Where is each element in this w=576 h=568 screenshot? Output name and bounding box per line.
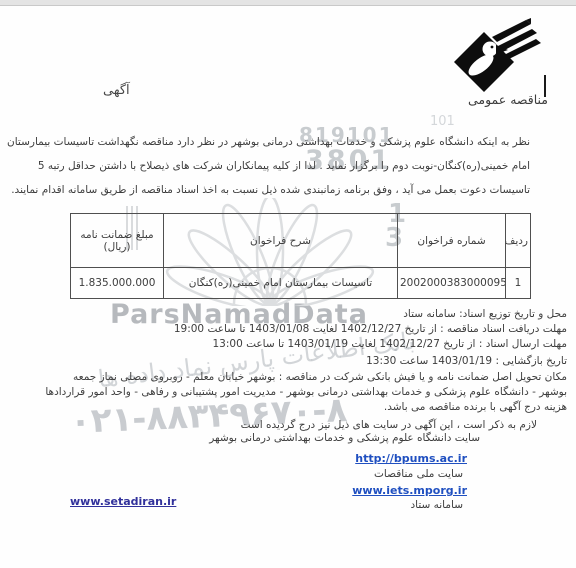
- intro-line: نظر به اینکه دانشگاه علوم پزشکی و خدمات …: [7, 136, 530, 148]
- setadiran-link[interactable]: www.setadiran.ir: [70, 495, 176, 508]
- detail-line-delivery-place: مکان تحویل اصل ضمانت نامه و یا فیش بانکی…: [73, 371, 567, 383]
- site2-label: سایت ملی مناقصات: [374, 468, 463, 480]
- site1-label: سایت دانشگاه علوم پزشکی و خدمات بهداشتی …: [209, 432, 480, 444]
- detail-line-receive-deadline: مهلت دریافت اسناد مناقصه : از تاریخ 1402…: [174, 323, 567, 335]
- intro-line: تاسیسات دعوت بعمل می آید ، وفق برنامه زم…: [11, 184, 530, 196]
- col-header-guarantee: مبلغ ضمانت نامه (ریال): [71, 214, 164, 268]
- detail-line-delivery-place2: بوشهر - دانشگاه علوم پزشکی و خدمات بهداش…: [45, 386, 567, 398]
- tender-table: ردیف شماره فراخوان شرح فراخوان مبلغ ضمان…: [70, 213, 531, 299]
- guarantee-header-line1: مبلغ ضمانت نامه: [73, 229, 161, 241]
- detail-line-ad-cost: هزینه درج آگهی با برنده مناقصه می باشد.: [384, 401, 567, 413]
- guarantee-header-line2: (ریال): [73, 241, 161, 253]
- col-header-number: شماره فراخوان: [398, 214, 506, 268]
- bpums-link[interactable]: http://bpums.ac.ir: [355, 452, 467, 465]
- detail-line-send-deadline: مهلت ارسال اسناد : از تاریخ 1402/12/27 ل…: [213, 338, 568, 350]
- cell-description: تاسیسات بیمارستان امام خمینی(ره)کنگان: [164, 268, 398, 299]
- university-emblem-logo: [452, 18, 544, 94]
- ad-title: آگهی: [103, 83, 130, 98]
- tender-announcement-page: ParsNamadData ۰۲۱-۸۸۳۴۹۶۷۰-۸ بانک اطلاعا…: [0, 0, 576, 568]
- iets-mporg-link[interactable]: www.iets.mporg.ir: [352, 484, 467, 497]
- cell-call-number: 2002000383000095: [398, 268, 506, 299]
- intro-line: امام خمینی(ره)کنگان-نوبت دوم را برگزار ن…: [38, 160, 530, 172]
- cell-row-index: 1: [506, 268, 531, 299]
- col-header-row: ردیف: [506, 214, 531, 268]
- detail-line-distribution: محل و تاریخ توزیع اسناد: سامانه ستاد: [403, 308, 567, 320]
- footer-note: لازم به ذکر است ، این آگهی در سایت های ذ…: [241, 419, 537, 431]
- site3-label: سامانه ستاد: [410, 499, 463, 511]
- tender-type-label: مناقصه عمومی: [468, 92, 548, 107]
- table-row: 1 2002000383000095 تاسیسات بیمارستان اما…: [71, 268, 531, 299]
- detail-line-opening-date: تاریخ بازگشایی : 1403/01/19 ساعت 13:30: [366, 355, 567, 367]
- cell-guarantee-amount: 1.835.000.000: [71, 268, 164, 299]
- col-header-description: شرح فراخوان: [164, 214, 398, 268]
